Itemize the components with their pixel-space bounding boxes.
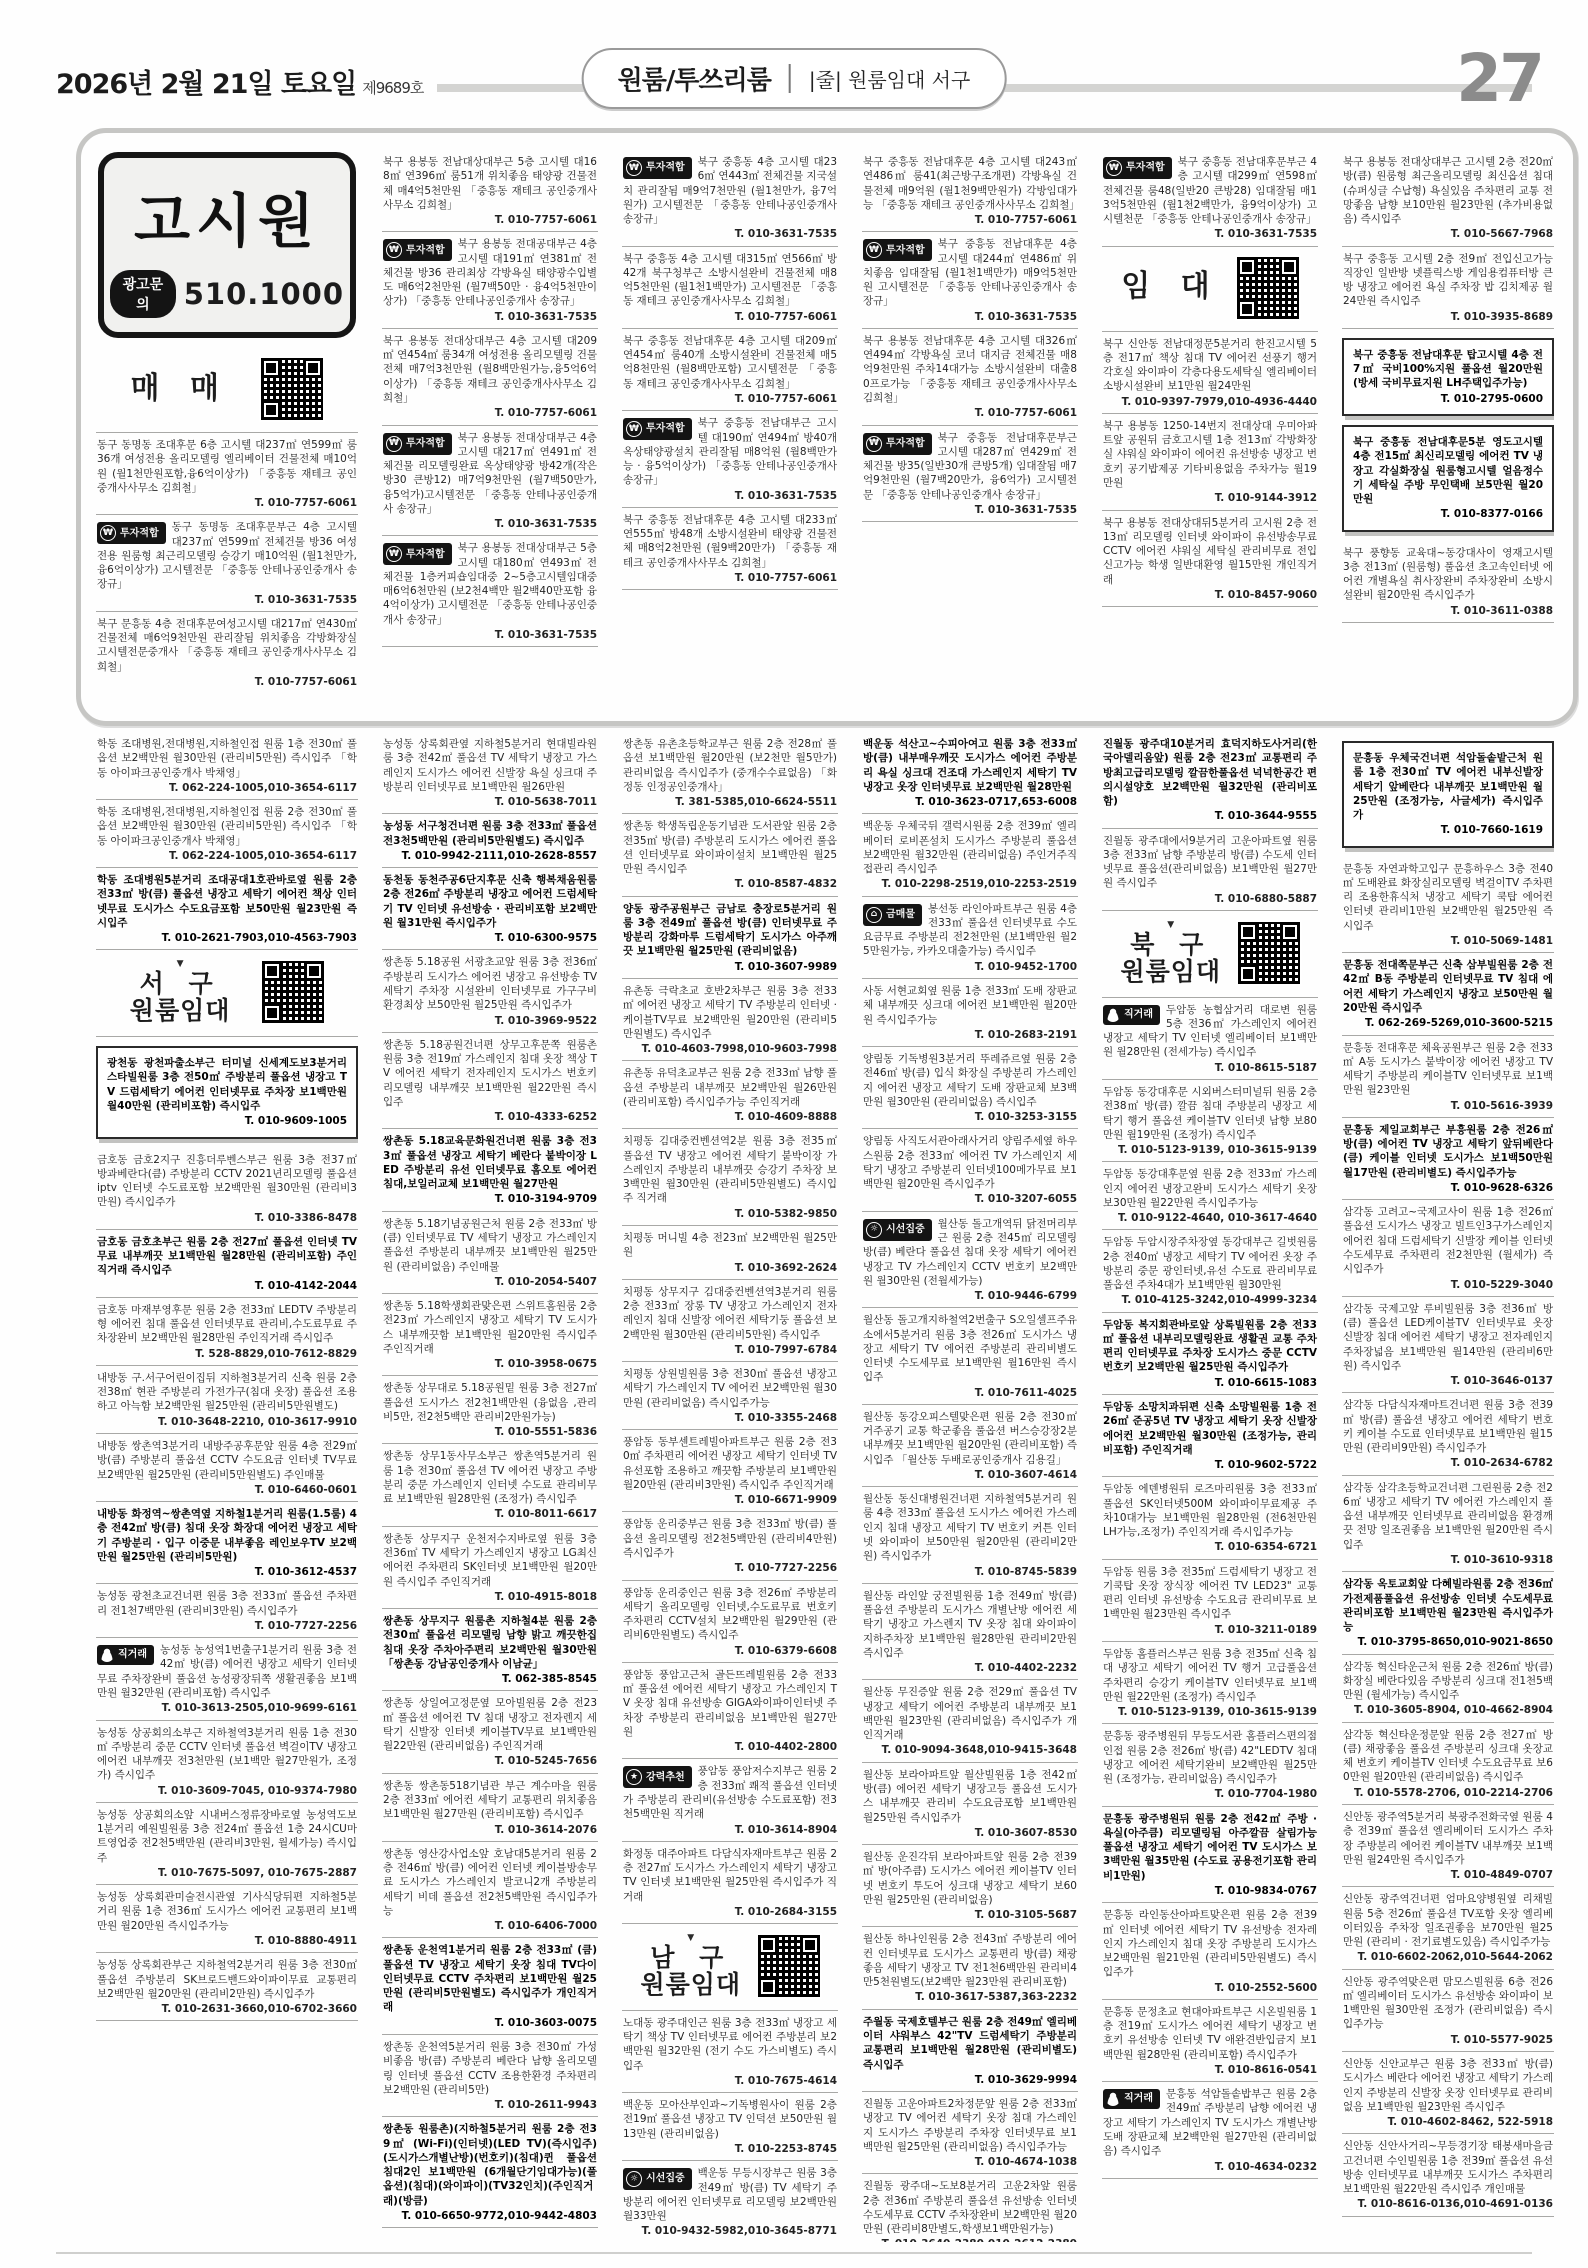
classified-ad: 문흥동 광주병원뒤 무등도서관 홈플러스편의점인접 원룸 2층 전26㎡ 방(큼… — [1102, 1724, 1318, 1806]
ad-phone: T. 010-8377-0166 — [1353, 507, 1543, 521]
ad-phone: T. 062-224-1005,010-3654-6117 — [97, 781, 357, 795]
badge-invest: ₩투자적합 — [863, 433, 932, 455]
edition-date: 2026년 2월 21일 토요일 — [56, 69, 356, 100]
ad-phone: T. 010-3935-8689 — [1343, 310, 1553, 324]
classified-ad: 풍암동 운리중인근 원룸 3층 전26㎡ 주방분리 세탁기 올리모델링 인터넷,… — [622, 1581, 838, 1663]
classified-ad: 쌍촌동 5.18공원 서광초교앞 원룸 3층 전36㎡ 주방분리 도시가스 에어… — [382, 950, 598, 1032]
ad-text: 삼각동 혁신타운근처 원룸 2층 전26㎡ 방(큼) 화장실 베란다있음 주방분… — [1343, 1661, 1553, 1702]
ad-phone: T. 010-3253-3155 — [863, 1110, 1077, 1124]
ad-text: 북구 신안동 전남대정문5분거리 한진고시텔 5층 전17㎡ 책상 침대 TV … — [1103, 338, 1317, 393]
ad-phone: T. 010-2298-2519,010-2253-2519 — [863, 877, 1077, 891]
footer-rule — [56, 2252, 1532, 2254]
ad-phone: T. 010-2631-3660,010-6702-3660 — [97, 2002, 357, 2016]
ad-text: 북구 중흥동 4층 고시텔 대315㎡ 연566㎡ 방42개 북구청부근 소방시… — [623, 253, 837, 308]
ad-text: 풍암동 운리중부근 원룸 3층 전33㎡ 방(큼) 풀옵션 올리모델링 전2천5… — [623, 1518, 837, 1559]
classified-ad: 노대동 광주대인근 원룸 3층 전33㎡ 냉장고 세탁기 책상 TV 인터넷무료… — [622, 2011, 838, 2093]
ad-text: 농성동 상공회의소부근 지하철역3분거리 원룸 1층 전30㎡ 주방분리 중문 … — [97, 1727, 357, 1782]
classified-ad: 양동 광주공원부근 금남로 충장로5분거리 원룸 3층 전49㎡ 풀옵션 방(큼… — [622, 897, 838, 979]
classified-ad: 백운동 우체국뒤 갤럭시원룸 2층 전39㎡ 엘리베이터 로비폰설치 도시가스 … — [862, 814, 1078, 896]
ad-phone: T. 010-4333-6252 — [383, 1110, 597, 1124]
classified-ad: ₩투자적합북구 용봉동 전대공대부근 4층 고시텔 대191㎡ 연381㎡ 전체… — [382, 232, 598, 329]
classified-ad: 두암동 에덴병원뒤 로즈마리원룸 3층 전33㎡ 풀옵션 SK인터넷500M 와… — [1102, 1477, 1318, 1559]
ad-phone: T. 010-6615-1083 — [1103, 1376, 1317, 1390]
classified-ad: 월산동 동신대병원건너편 지하철역5분거리 원룸 4층 전33㎡ 풀옵션 도시가… — [862, 1487, 1078, 1584]
classified-ad: 두암동 복지회관바로앞 상록빌원룸 2층 전33㎡ 풀옵션 내부리모델링완료 생… — [1102, 1313, 1318, 1395]
classified-ad: 농성동 상록회관옆 지하철5분거리 현대빌라원룸 3층 전42㎡ 풀옵션 TV … — [382, 732, 598, 814]
ad-phone: T. 010-8587-4832 — [623, 877, 837, 891]
ad-text: 농성동 상록회관부근 지하철역2분거리 원룸 3층 전30㎡ 풀옵션 주방분리 … — [97, 1959, 357, 2000]
section-header-line: 원룸임대 — [640, 1971, 741, 1998]
won-icon: ₩ — [866, 436, 882, 452]
ad-text: 백운동 석산고~수피아여고 원룸 3층 전33㎡ 방(큼) 내부매우깨끗 도시가… — [863, 738, 1077, 793]
ad-phone: T. 010-5382-9850 — [623, 1207, 837, 1221]
ad-text: 문흥동 문정초교 현대아파트부근 시온빌원룸 1층 전19㎡ 도시가스 에어컨 … — [1103, 2006, 1317, 2061]
classified-ad: 두암동 동강대후문 시외버스터미널뒤 원룸 2층 전38㎡ 방(큼) 깔끔 침대… — [1102, 1080, 1318, 1162]
classified-ad: 삼각동 고려고~국제고사이 원룸 1층 전26㎡ 풀옵션 도시가스 냉장고 빌트… — [1342, 1200, 1554, 1297]
section-header-title: ▼북 구원룸임대 — [1120, 921, 1221, 985]
classified-ad: 직거래문흥동 석암돌솥밥부근 원룸 2층 전49㎡ 주방분리 남향 에어컨 냉장… — [1102, 2082, 1318, 2179]
ad-text: 문흥동 자연과학고입구 문흥하우스 3층 전40㎡ 도배완료 화장실리모델링 벽… — [1343, 863, 1553, 932]
ad-text: 내방동 쌍촌역3분거리 내방주공후문앞 원룸 4층 전29㎡ 방(큼) 주방분리… — [97, 1440, 357, 1481]
ad-phone: T. 010-4402-2232 — [863, 1661, 1077, 1675]
ad-text: 금호동 금호초부근 원룸 2층 전27㎡ 풀옵션 인터넷 TV무료 내부깨끗 보… — [97, 1236, 357, 1277]
classified-ad: 북구 풍향동 교육대~동강대사이 영재고시텔 3층 전13㎡ (원룸형) 풀옵션… — [1342, 541, 1554, 623]
classified-ad: 문흥동 전대후문 체육공원부근 원룸 2층 전33㎡ A동 도시가스 붙박이장 … — [1342, 1036, 1554, 1118]
ad-phone: T. 010-9446-6799 — [863, 1289, 1077, 1303]
ad-phone: T. 010-7757-6061 — [623, 310, 837, 324]
ad-phone: T. 010-2684-3155 — [623, 1905, 837, 1919]
ad-phone: T. 010-3623-0717,653-6008 — [863, 795, 1077, 809]
ad-phone: T. 010-6460-0601 — [97, 1483, 357, 1497]
ad-text: 두암동 두암시장주차장옆 동강대부근 길벗원룸 2층 전40㎡ 냉장고 세탁기 … — [1103, 1236, 1317, 1291]
ad-text: 학동 조대병원5분거리 조대공대1호관바로옆 원룸 2층 전33㎡ 방(큼) 풀… — [97, 874, 357, 929]
ad-text: 월산동 운진각뒤 보라아파트앞 원룸 2층 전39㎡ 방(아주큼) 도시가스 에… — [863, 1851, 1077, 1906]
ad-phone: T. 010-8011-6617 — [383, 1507, 597, 1521]
ad-phone: T. 010-3613-2505,010-9699-6161 — [97, 1701, 357, 1715]
ad-text: 주월동 국제호텔부근 원룸 2층 전49㎡ 엘리베이터 샤워부스 42"TV 드… — [863, 2016, 1077, 2071]
classified-ad: 양림동 기독병원3분거리 뚜레쥬르옆 원룸 2층 전46㎡ 방(큼) 입식 화장… — [862, 1047, 1078, 1129]
ad-phone: T. 010-3614-2076 — [383, 1823, 597, 1837]
classified-ad: 동천동 동천주공6단지후문 신축 행복채움원룸 2층 전26㎡ 주방분리 냉장고… — [382, 868, 598, 950]
classified-ad: 쌍촌동 5.18학생회관맞은편 스위트홈원룸 2층 전23㎡ 가스레인지 냉장고… — [382, 1294, 598, 1376]
ad-phone: T. 010-3612-4537 — [97, 1565, 357, 1579]
person-icon — [1106, 1008, 1120, 1022]
classified-ad: 금호동 마재부영후문 원룸 2층 전33㎡ LEDTV 주방분리형 에어컨 침대… — [96, 1298, 358, 1366]
ad-text: 월산동 동신대병원건너편 지하철역5분거리 원룸 4층 전33㎡ 풀옵션 도시가… — [863, 1493, 1077, 1562]
ad-phone: T. 010-3644-9555 — [1103, 809, 1317, 823]
ad-phone: T. 010-7757-6061 — [97, 675, 357, 689]
ad-text: 진월동 광주대에서9분거리 고운아파트옆 원룸 3층 전33㎡ 남향 주방분리 … — [1103, 835, 1317, 890]
badge-direct: 직거래 — [97, 1645, 154, 1665]
ad-phone: T. 528-8829,010-7612-8829 — [97, 1347, 357, 1361]
classified-ad: 문흥동 전대쪽문부근 신축 삼부빌원룸 2층 전42㎡ B동 주방분리 인터넷무… — [1342, 953, 1554, 1035]
rental-column-3: 쌍촌동 유촌초등학교부근 원룸 2층 전28㎡ 풀옵션 보1백만원 월20만원 … — [622, 732, 838, 2242]
ad-text: 신안동 광주역맞은편 맘모스빌원룸 6층 전26㎡ 엘리베이터 도시가스 유선방… — [1343, 1976, 1553, 2031]
won-icon: ₩ — [386, 546, 402, 562]
ad-phone: T. 010-8616-0136,010-4691-0136 — [1343, 2197, 1553, 2211]
classified-ad: 진월동 광주대~도보8분거리 고운2차앞 원룸 2층 전36㎡ 주방분리 풀옵션… — [862, 2174, 1078, 2242]
ad-text: 두암동 동강대후문 시외버스터미널뒤 원룸 2층 전38㎡ 방(큼) 깔끔 침대… — [1103, 1086, 1317, 1141]
ad-phone: T. 010-3617-5387,363-2232 — [863, 1990, 1077, 2004]
ad-phone: T. 010-9942-2111,010-2628-8557 — [383, 849, 597, 863]
ad-phone: T. 010-3355-2468 — [623, 1411, 837, 1425]
ad-phone: T. 062-269-5269,010-3600-5215 — [1343, 1016, 1553, 1030]
ad-phone: T. 010-4142-2044 — [97, 1279, 357, 1293]
ad-phone: T. 010-9602-5722 — [1103, 1458, 1317, 1472]
classified-ad: 진월동 고운아파트2차정문앞 원룸 2층 전33㎡ 냉장고 TV 에어컨 세탁기… — [862, 2092, 1078, 2174]
ad-text: 삼각동 국제고앞 루비빌원룸 3층 전36㎡ 방(큼) 풀옵션 LED케이블TV… — [1343, 1303, 1553, 1372]
ad-text: 동구 동명동 조대후문 6층 고시텔 대237㎡ 연599㎡ 룸36개 여성전용… — [97, 439, 357, 494]
ad-phone: T. 010-2253-8745 — [623, 2142, 837, 2156]
badge-label: 강력추천 — [646, 1771, 685, 1785]
ad-phone: T. 010-3631-7535 — [1103, 227, 1317, 241]
classified-ad: ₩투자적합북구 중흥동 4층 고시텔 대236㎡ 연443㎡ 전체건물 지국설치… — [622, 150, 838, 247]
ad-phone: T. 010-2552-5600 — [1103, 1981, 1317, 1995]
ad-phone: T. 010-7675-4614 — [623, 2074, 837, 2088]
ad-text: 문흥동 광주병원뒤 원룸 2층 전42㎡ 주방 · 욕실(아주큼) 리모델링됨 … — [1103, 1813, 1317, 1882]
qr-code — [758, 1935, 820, 1997]
won-icon: ₩ — [100, 525, 116, 541]
ad-text: 북구 용봉동 전대상대부근 4층 고시텔 대209㎡ 연454㎡ 룸34개 여성… — [383, 335, 597, 404]
ad-phone: T. 010-3969-9522 — [383, 1014, 597, 1028]
classified-ad: ⌂금매물봉선동 라인아파트부근 원룸 4층 전33㎡ 풀옵션 인터넷무료 수도요… — [862, 897, 1078, 979]
classified-ad: 월산동 무진증앞 원룸 2층 전29㎡ 풀옵션 TV 냉장고 세탁기 에어컨 주… — [862, 1680, 1078, 1762]
page-number: 27 — [1456, 40, 1542, 117]
ad-text: 양림동 기독병원3분거리 뚜레쥬르옆 원룸 2층 전46㎡ 방(큼) 입식 화장… — [863, 1053, 1077, 1108]
ad-phone: T. 381-5385,010-6624-5511 — [623, 795, 837, 809]
section-pill: 원룸/투쓰리룸 |줄| 원룸임대 서구 — [582, 48, 1007, 109]
classified-ad: 진월동 광주대에서9분거리 고운아파트옆 원룸 3층 전33㎡ 남향 주방분리 … — [1102, 829, 1318, 911]
classified-ad: 직거래두암동 농협삼거리 대로변 원룸 5층 전36㎡ 가스레인지 에어컨 냉장… — [1102, 998, 1318, 1080]
ad-phone: T. 010-3631-7535 — [383, 628, 597, 642]
ad-text: 쌍촌동 상무1동사무소부근 쌍촌역5분거리 원룸 1층 전30㎡ 풀옵션 TV … — [383, 1450, 597, 1505]
ad-phone: T. 010-3211-0189 — [1103, 1623, 1317, 1637]
classified-ad: 금호동 금호2지구 진흥더루벤스부근 원룸 3층 전37㎡ 방과베란다(큼) 주… — [96, 1148, 358, 1230]
ad-phone: T. 010-3105-5687 — [863, 1908, 1077, 1922]
classified-ad: 치평동 상원빌원룸 3층 전30㎡ 풀옵션 냉장고 세탁기 가스레인지 TV 에… — [622, 1362, 838, 1430]
classified-ad: 농성동 상록회관미술전시관옆 기사식당뒤편 지하철5분거리 원룸 1층 전36㎡… — [96, 1885, 358, 1953]
classified-ad: 삼각동 혁신타운근처 원룸 2층 전26㎡ 방(큼) 화장실 베란다있음 주방분… — [1342, 1655, 1554, 1723]
section-header-title: 매 매 — [131, 373, 229, 405]
classified-ad: 쌍촌동 상일여고정문옆 모아빌원룸 2층 전23㎡ 풀옵션 에어컨 TV 침대 … — [382, 1691, 598, 1773]
section-header-seogu: ▼서 구원룸임대 — [96, 950, 358, 1037]
ad-text: 문흥동 전대쪽문부근 신축 삼부빌원룸 2층 전42㎡ B동 주방분리 인터넷무… — [1343, 959, 1553, 1014]
badge-invest: ₩투자적합 — [97, 522, 166, 544]
ad-phone: T. 010-3207-6055 — [863, 1192, 1077, 1206]
ad-text: 치평동 머니빌 4층 전23㎡ 보2백만원 월25만원 — [623, 1232, 837, 1258]
ad-phone: T. 010-4849-0707 — [1343, 1868, 1553, 1882]
classified-ad: 두암동 홈플러스부근 원룸 3층 전35㎡ 신축 침대 냉장고 세탁기 에어컨 … — [1102, 1642, 1318, 1724]
classified-ad: 쌍촌동 운천역5분거리 원룸 3층 전30㎡ 가성비좋음 방(큼) 주방분리 베… — [382, 2035, 598, 2117]
ad-text: 양동 광주공원부근 금남로 충장로5분거리 원룸 3층 전49㎡ 풀옵션 방(큼… — [623, 903, 837, 958]
classified-ad: 쌍촌동 상무대로 5.18공원밑 원룸 3층 전27㎡ 풀옵션 도시가스 전2천… — [382, 1376, 598, 1444]
star-icon: ★ — [626, 1769, 642, 1785]
badge-invest: ₩투자적합 — [863, 239, 932, 261]
section-header-line: 남 구 — [640, 1944, 741, 1971]
classified-ad: 학동 조대병원,전대병원,지하철인접 원룸 2층 전30㎡ 풀옵션 보2백만원 … — [96, 800, 358, 868]
ad-phone: T. 010-2611-9943 — [383, 2098, 597, 2112]
qr-code — [262, 961, 324, 1023]
ad-phone: T. 010-7675-5097, 010-7675-2887 — [97, 1866, 357, 1880]
badge-hot: ⌂금매물 — [863, 904, 922, 926]
ad-phone: T. 010-3958-0675 — [383, 1357, 597, 1371]
ad-text: 쌍촌동 상무대로 5.18공원밑 원룸 3층 전27㎡ 풀옵션 도시가스 전2천… — [383, 1382, 597, 1423]
ad-phone: T. 010-4125-3242,010-4999-3234 — [1103, 1293, 1317, 1307]
classified-ad: 신안동 광주역맞은편 맘모스빌원룸 6층 전26㎡ 엘리베이터 도시가스 유선방… — [1342, 1970, 1554, 2052]
ad-phone: T. 010-7727-2256 — [623, 1561, 837, 1575]
ad-phone: T. 010-3631-7535 — [97, 593, 357, 607]
ad-text: 유촌동 유덕초교부근 원룸 2층 전33㎡ 남향 풀옵션 주방분리 내부깨끗 보… — [623, 1067, 837, 1108]
ad-text: 삼각동 혁신타운정문앞 원룸 2층 전27㎡ 방(큼) 채광좋음 풀옵션 주방분… — [1343, 1729, 1553, 1784]
ad-text: 쌍촌동 운천역5분거리 원룸 3층 전30㎡ 가성비좋음 방(큼) 주방분리 베… — [383, 2041, 597, 2096]
classified-ad: 쌍촌동 5.18교육문화원건너편 원룸 3층 전33㎡ 풀옵션 냉장고 세탁기 … — [382, 1129, 598, 1211]
ad-phone: T. 010-5551-5836 — [383, 1425, 597, 1439]
ad-phone: T. 010-5578-2706, 010-2214-2706 — [1343, 1786, 1553, 1800]
ad-text: 북구 중흥동 전남대후문5분 영도고시텔 4층 전15㎡ 최신리모델링 에어컨 … — [1353, 436, 1543, 505]
ad-phone: T. 010-9452-1700 — [863, 960, 1077, 974]
ad-phone: T. 010-3603-0075 — [383, 2016, 597, 2030]
classified-ad: 내방동 쌍촌역3분거리 내방주공후문앞 원룸 4층 전29㎡ 방(큼) 주방분리… — [96, 1434, 358, 1502]
classified-ad: 농성동 상공회의소앞 시내버스정류장바로옆 농성역도보1분거리 예원빌원룸 3층… — [96, 1803, 358, 1885]
section-header-namgu: ▼남 구원룸임대 — [622, 1924, 838, 2011]
ad-text: 금호동 금호2지구 진흥더루벤스부근 원룸 3층 전37㎡ 방과베란다(큼) 주… — [97, 1154, 357, 1209]
badge-label: 투자적합 — [886, 437, 925, 451]
classified-ad: 신안동 신안교부근 원룸 3층 전33㎡ 방(큼) 도시가스 베란다 에어컨 냉… — [1342, 2052, 1554, 2134]
classified-ad: 북구 용봉동 전남대후문 4층 고시텔 대326㎡ 연494㎡ 각방욕실 코너 … — [862, 329, 1078, 426]
ad-text: 쌍촌동 상무지구 원룸촌 지하철4분 원룸 2층 전30㎡ 풀옵션 리모델링 남… — [383, 1615, 597, 1670]
classified-ad: 금호동 금호초부근 원룸 2층 전27㎡ 풀옵션 인터넷 TV무료 내부깨끗 보… — [96, 1230, 358, 1298]
ad-text: 두암동 에덴병원뒤 로즈마리원룸 3층 전33㎡ 풀옵션 SK인터넷500M 와… — [1103, 1483, 1317, 1538]
ad-text: 신안동 신안교부근 원룸 3층 전33㎡ 방(큼) 도시가스 베란다 에어컨 냉… — [1343, 2058, 1553, 2113]
ad-phone: T. 010-7660-1619 — [1353, 823, 1543, 837]
ad-text: 월산동 라인앞 궁전빌원룸 1층 전49㎡ 방(큼) 풀옵션 주방분리 도시가스… — [863, 1590, 1077, 1659]
won-icon: ₩ — [866, 242, 882, 258]
ad-text: 북구 용봉동 전대상대부근 고시텔 2층 전20㎡ 방(큼) 원룸형 최근올리모… — [1343, 156, 1553, 225]
ad-text: 삼각동 다담식자재마트건너편 원룸 3층 전39㎡ 방(큼) 풀옵션 냉장고 에… — [1343, 1399, 1553, 1454]
classified-ad: 주월동 국제호텔부근 원룸 2층 전49㎡ 엘리베이터 샤워부스 42"TV 드… — [862, 2010, 1078, 2092]
ad-phone: T. 010-5616-3939 — [1343, 1099, 1553, 1113]
ad-phone: T. 010-3629-9994 — [863, 2073, 1077, 2087]
classified-ad: 농성동 서구청건너편 원룸 3층 전33㎡ 풀옵션 전3천5백만원 (관리비5만… — [382, 814, 598, 868]
ad-text: 쌍촌동 5.18기념공원근처 원룸 2층 전33㎡ 방(큼) 인터넷무료 TV … — [383, 1218, 597, 1273]
ad-phone: T. 010-7757-6061 — [623, 392, 837, 406]
ad-text: 유촌동 극락초교 호반2차부근 원룸 3층 전33㎡ 에어컨 냉장고 세탁기 T… — [623, 985, 837, 1040]
classified-ad: 풍암동 동부센트레빌아파트부근 원룸 2층 전30㎡ 주차편리 에어컨 냉장고 … — [622, 1430, 838, 1512]
classified-ad: 농성동 상공회의소부근 지하철역3분거리 원룸 1층 전30㎡ 주방분리 중문 … — [96, 1721, 358, 1803]
ad-text: 내방동 화정역~쌍촌역옆 지하철1분거리 원룸(1.5룸) 4층 전42㎡ 방(… — [97, 1508, 357, 1563]
ad-phone: T. 010-7757-6061 — [863, 213, 1077, 227]
classified-ad: 내방동 화정역~쌍촌역옆 지하철1분거리 원룸(1.5룸) 4층 전42㎡ 방(… — [96, 1502, 358, 1584]
ad-phone: T. 010-3607-4614 — [863, 1468, 1077, 1482]
badge-invest: ₩투자적합 — [623, 157, 692, 179]
classified-ad: 신안동 광주역건너편 엄마요양병원옆 리채빌원룸 5층 전26㎡ 풀옵션 TV포… — [1342, 1887, 1554, 1969]
classified-ad: 진월동 광주대10분거리 효덕지하도사거리(한국아델리움앞) 원룸 2층 전23… — [1102, 732, 1318, 829]
ad-text: 두암동 홈플러스부근 원룸 3층 전35㎡ 신축 침대 냉장고 세탁기 에어컨 … — [1103, 1648, 1317, 1703]
rental-column-6: 문흥동 우체국건너편 석암돌솥밭근처 원룸 1층 전30㎡ TV 에어컨 내부신… — [1342, 732, 1554, 2242]
ad-phone: T. 010-5638-7011 — [383, 795, 597, 809]
rental-column-4: 백운동 석산고~수피아여고 원룸 3층 전33㎡ 방(큼) 내부매우깨끗 도시가… — [862, 732, 1078, 2242]
sale-column-3: ₩투자적합북구 중흥동 4층 고시텔 대236㎡ 연443㎡ 전체건물 지국설치… — [622, 150, 838, 690]
badge-direct: 직거래 — [1103, 1005, 1160, 1025]
ad-text: 농성동 상공회의소앞 시내버스정류장바로옆 농성역도보1분거리 예원빌원룸 3층… — [97, 1809, 357, 1864]
sale-column-2: 북구 용봉동 전남대상대부근 5층 고시텔 대168㎡ 연396㎡ 룸51개 위… — [382, 150, 598, 690]
ad-text: 문흥동 전대후문 체육공원부근 원룸 2층 전33㎡ A동 도시가스 붙박이장 … — [1343, 1042, 1553, 1097]
ad-text: 쌍촌동 상무지구 운천저수지바로옆 원룸 3층 전36㎡ TV 세탁기 가스레인… — [383, 1533, 597, 1588]
person-icon — [100, 1648, 114, 1662]
ad-phone: T. 010-3631-7535 — [863, 310, 1077, 324]
won-icon: ₩ — [386, 242, 402, 258]
classified-ad: 사동 서현교회옆 원룸 1층 전33㎡ 도배 장판교체 내부깨끗 싱크대 에어컨… — [862, 979, 1078, 1047]
classified-ad: 월산동 보라아파트앞 월산빌원룸 1층 전42㎡ 방(큼) 에어컨 세탁기 냉장… — [862, 1763, 1078, 1845]
masthead: 2026년 2월 21일 토요일제9689호 원룸/투쓰리룸 |줄| 원룸임대 … — [0, 0, 1588, 118]
ad-text: 화정동 대주아파트 다담식자재마트부근 원룸 2층 전27㎡ 도시가스 가스레인… — [623, 1848, 837, 1903]
ad-text: 쌍촌동 5.18학생회관맞은편 스위트홈원룸 2층 전23㎡ 가스레인지 냉장고… — [383, 1300, 597, 1355]
classified-ad: 백운동 모아산부인과~기독병원사이 원룸 2층 전19㎡ 풀옵션 냉장고 TV … — [622, 2093, 838, 2161]
ad-phone: T. 010-5123-9139, 010-3615-9139 — [1103, 1705, 1317, 1719]
won-icon: ₩ — [626, 421, 642, 437]
person-icon — [1106, 2092, 1120, 2106]
classified-ad: ₩투자적합동구 동명동 조대후문부근 4층 고시텔 대237㎡ 연599㎡ 전체… — [96, 515, 358, 612]
gosiwon-contact-row: 광고문의510.1000 — [110, 270, 344, 318]
ad-text: 학동 조대병원,전대병원,지하철인접 원룸 1층 전30㎡ 풀옵션 보2백만원 … — [97, 738, 357, 779]
badge-invest: ₩투자적합 — [383, 433, 452, 455]
ad-phone: T. 010-6650-9772,010-9442-4803 — [383, 2209, 597, 2223]
classified-ad: 농성동 상록회관부근 지하철역2분거리 원룸 3층 전30㎡ 풀옵션 주방분리 … — [96, 1953, 358, 2021]
classified-ad: 광천동 광천파출소부근 터미널 신세계도보3분거리 스타빌원룸 3층 전50㎡ … — [96, 1046, 358, 1138]
ad-text: 진월동 고운아파트2차정문앞 원룸 2층 전33㎡ 냉장고 TV 에어컨 세탁기… — [863, 2098, 1077, 2153]
classified-ad: ₩투자적합북구 중흥동 전남대후문부근 4층 고시텔 대299㎡ 연598㎡ 전… — [1102, 150, 1318, 247]
qr-code — [261, 358, 323, 420]
classified-ad: 삼각동 옥토교회앞 다혜빌라원룸 2층 전36㎡ 가전제품풀옵션 유선방송 인터… — [1342, 1572, 1554, 1654]
section-header-title: ▼서 구원룸임대 — [130, 960, 231, 1024]
ad-text: 쌍촌동 5.18공원건너편 상무고후문쪽 원룸촌 원룸 3층 전19㎡ 가스레인… — [383, 1039, 597, 1108]
badge-label: 투자적합 — [406, 437, 445, 451]
ad-text: 북구 용봉동 전남대후문 4층 고시텔 대326㎡ 연494㎡ 각방욕실 코너 … — [863, 335, 1077, 404]
classified-ad: 문흥동 자연과학고입구 문흥하우스 3층 전40㎡ 도배완료 화장실리모델링 벽… — [1342, 857, 1554, 954]
classified-ad: 치평동 김대중컨벤션역2분 원룸 3층 전35㎡ 풀옵션 TV 냉장고 에어컨 … — [622, 1129, 838, 1226]
date-line: 2026년 2월 21일 토요일제9689호 — [56, 62, 437, 101]
ad-phone: T. 010-9432-5982,010-3645-8771 — [623, 2224, 837, 2238]
badge-label: 직거래 — [1124, 2092, 1153, 2106]
badge-invest: ₩투자적합 — [623, 418, 692, 440]
qr-code — [1237, 257, 1299, 319]
ad-text: 치평동 상원빌원룸 3층 전30㎡ 풀옵션 냉장고 세탁기 가스레인지 TV 에… — [623, 1368, 837, 1409]
sale-column-6: 북구 용봉동 전대상대부근 고시텔 2층 전20㎡ 방(큼) 원룸형 최근올리모… — [1342, 150, 1554, 690]
section-header-line: 원룸임대 — [130, 997, 231, 1024]
ad-phone: T. 010-3607-9989 — [623, 960, 837, 974]
ad-phone: T. 010-7757-6061 — [383, 213, 597, 227]
ad-text: 삼각동 삼각초등학교건너편 그린원룸 2층 전26㎡ 냉장고 세탁기 TV 에어… — [1343, 1482, 1553, 1551]
ad-text: 월산동 돌고개지하철역2번출구 S오일셀프주유소에서5분거리 원룸 3층 전26… — [863, 1314, 1077, 1383]
ad-text: 쌍촌동 상일여고정문옆 모아빌원룸 2층 전23㎡ 풀옵션 에어컨 TV 침대 … — [383, 1697, 597, 1752]
classified-ad: 신안동 신안사거리~무등경기장 태봉새마을금고건너편 수인빌원룸 1층 전39㎡… — [1342, 2134, 1554, 2216]
ad-text: 북구 용봉동 전남대상대부근 5층 고시텔 대168㎡ 연396㎡ 룸51개 위… — [383, 156, 597, 211]
classified-ad: ★강력추천풍암동 풍암저수지부근 원룸 2층 전33㎡ 쾌적 풀옵션 인터넷가 … — [622, 1759, 838, 1841]
ad-text: 광천동 광천파출소부근 터미널 신세계도보3분거리 스타빌원룸 3층 전50㎡ … — [107, 1057, 347, 1112]
ad-text: 월산동 동강오피스텔맞은편 원룸 2층 전30㎡ 거주공기 교통 학군좋음 풀옵… — [863, 1411, 1077, 1466]
classified-ad: ₩투자적합북구 용봉동 전대상대부근 4층 고시텔 대217㎡ 연491㎡ 전체… — [382, 426, 598, 537]
ad-text: 쌍촌동 5.18교육문화원건너편 원룸 3층 전33㎡ 풀옵션 냉장고 세탁기 … — [383, 1135, 597, 1190]
ad-phone: T. 010-9834-0767 — [1103, 1884, 1317, 1898]
ad-text: 내방동 구.서구어린이집뒤 지하철3분거리 신축 원룸 2층 전38㎡ 현관 주… — [97, 1372, 357, 1413]
classified-ad: 양림동 사직도서관아래사거리 양림주세옆 하우스원룸 2층 전33㎡ 에어컨 T… — [862, 1129, 1078, 1211]
ad-phone: T. 010-3646-0137 — [1343, 1374, 1553, 1388]
classified-ad: 쌍촌동 상무1동사무소부근 쌍촌역5분거리 원룸 1층 전30㎡ 풀옵션 TV … — [382, 1444, 598, 1526]
ad-phone: T. 062-224-1005,010-3654-6117 — [97, 849, 357, 863]
ad-text: 북구 용봉동 1250-14번지 전대상대 우미아파트앞 공원뒤 금호고시텔 1… — [1103, 420, 1317, 489]
ad-phone: T. 010-4603-7998,010-9603-7998 — [623, 1042, 837, 1056]
ad-phone: T. 010-3609-7045, 010-9374-7980 — [97, 1784, 357, 1798]
ad-phone: T. 010-7757-6061 — [97, 496, 357, 510]
ad-text: 쌍촌동 5.18공원 서광초교앞 원룸 3층 전36㎡ 주방분리 도시가스 에어… — [383, 956, 597, 1011]
won-icon: ₩ — [626, 160, 642, 176]
badge-label: 투자적합 — [1126, 161, 1165, 175]
classified-ad: 북구 신안동 전남대정문5분거리 한진고시텔 5층 전17㎡ 책상 침대 TV … — [1102, 332, 1318, 414]
badge-invest: ₩투자적합 — [383, 543, 452, 565]
badge-label: 시선집중 — [886, 1223, 925, 1237]
ad-text: 풍암동 운리중인근 원룸 3층 전26㎡ 주방분리 세탁기 올리모델링 인터넷,… — [623, 1587, 837, 1642]
ad-text: 치평동 상무지구 김대중컨벤션역3분거리 원룸 2층 전33㎡ 장롱 TV 냉장… — [623, 1286, 837, 1341]
classified-ad: 북구 용봉동 전대상대부근 4층 고시텔 대209㎡ 연454㎡ 룸34개 여성… — [382, 329, 598, 426]
badge-label: 시선집중 — [646, 2172, 685, 2186]
classified-ad: 삼각동 삼각초등학교건너편 그린원룸 2층 전26㎡ 냉장고 세탁기 TV 에어… — [1342, 1476, 1554, 1573]
ad-phone: T. 010-8745-5839 — [863, 1565, 1077, 1579]
classified-ad: 쌍촌동 상무지구 운천저수지바로옆 원룸 3층 전36㎡ TV 세탁기 가스레인… — [382, 1527, 598, 1609]
ad-text: 삼각동 고려고~국제고사이 원룸 1층 전26㎡ 풀옵션 도시가스 냉장고 빌트… — [1343, 1206, 1553, 1275]
classified-ad: ₩투자적합북구 중흥동 전남대후문 4층 고시텔 대244㎡ 연486㎡ 위치좋… — [862, 232, 1078, 329]
section-header-title: ▼남 구원룸임대 — [640, 1934, 741, 1998]
ad-phone: T. 010-9144-3912 — [1103, 491, 1317, 505]
ad-phone: T. 010-9628-6326 — [1343, 1181, 1553, 1195]
ad-text: 북구 중흥동 전남대후문 4층 고시텔 대233㎡ 연555㎡ 방48개 소방시… — [623, 514, 837, 569]
newspaper-page: 2026년 2월 21일 토요일제9689호 원룸/투쓰리룸 |줄| 원룸임대 … — [0, 0, 1588, 2268]
ad-text: 쌍촌동 학생독립운동기념관 도서관앞 원룸 2층 전35㎡ 방(큼) 주방분리 … — [623, 820, 837, 875]
ad-phone: T. 010-2054-5407 — [383, 1275, 597, 1289]
badge-focus: ☼시선집중 — [863, 1219, 932, 1241]
ad-text: 두암동 원룸 3층 전35㎡ 드럼세탁기 냉장고 전기쿡탑 옷장 장식장 에어컨… — [1103, 1566, 1317, 1621]
ad-text: 풍암동 동부센트레빌아파트부근 원룸 2층 전30㎡ 주차편리 에어컨 냉장고 … — [623, 1436, 837, 1491]
classified-ad: 삼각동 다담식자재마트건너편 원룸 3층 전39㎡ 방(큼) 풀옵션 냉장고 에… — [1342, 1393, 1554, 1475]
classified-ad: 풍암동 운리중부근 원룸 3층 전33㎡ 방(큼) 풀옵션 올리모델링 전2천5… — [622, 1512, 838, 1580]
ad-phone: T. 010-2621-7903,010-4563-7903 — [97, 931, 357, 945]
ad-text: 쌍촌동 쌍촌동518기념관 부근 계수마을 원룸 2층 전33㎡ 에어컨 세탁기… — [383, 1780, 597, 1821]
ad-phone: T. 010-3692-2624 — [623, 1261, 837, 1275]
classified-ad: 월산동 라인앞 궁전빌원룸 1층 전49㎡ 방(큼) 풀옵션 주방분리 도시가스… — [862, 1584, 1078, 1681]
classified-ad: 두암동 동강대후문옆 원룸 2층 전33㎡ 가스레인지 에어컨 냉장고완비 도시… — [1102, 1162, 1318, 1230]
sale-column-1: 고시원광고문의510.1000매 매동구 동명동 조대후문 6층 고시텔 대23… — [96, 150, 358, 690]
ad-phone: T. 010-7611-4025 — [863, 1386, 1077, 1400]
ad-text: 문흥동 라인동산아파트맞은편 원룸 2층 전39㎡ 인터넷 에어컨 세탁기 TV… — [1103, 1909, 1317, 1978]
classified-ad: 학동 조대병원,전대병원,지하철인접 원룸 1층 전30㎡ 풀옵션 보2백만원 … — [96, 732, 358, 800]
classified-ad: 치평동 상무지구 김대중컨벤션역3분거리 원룸 2층 전33㎡ 장롱 TV 냉장… — [622, 1280, 838, 1362]
ad-phone: T. 010-3640-2380,010-2612-2380 — [863, 2237, 1077, 2242]
ad-phone: T. 010-6354-6721 — [1103, 1540, 1317, 1554]
ad-phone: T. 010-7757-6061 — [863, 406, 1077, 420]
ad-phone: T. 010-8880-4911 — [97, 1934, 357, 1948]
classified-ad: 백운동 석산고~수피아여고 원룸 3층 전33㎡ 방(큼) 내부매우깨끗 도시가… — [862, 732, 1078, 814]
badge-label: 직거래 — [1124, 1008, 1153, 1022]
ad-phone: T. 010-4915-8018 — [383, 1590, 597, 1604]
ad-text: 농성동 서구청건너편 원룸 3층 전33㎡ 풀옵션 전3천5백만원 (관리비5만… — [383, 820, 597, 846]
section-header-maemae: 매 매 — [96, 348, 358, 433]
classified-ad: 북구 용봉동 전대상대부근 고시텔 2층 전20㎡ 방(큼) 원룸형 최근올리모… — [1342, 150, 1554, 247]
ad-phone: T. 010-3631-7535 — [383, 517, 597, 531]
classified-ad: 두암동 두암시장주차장옆 동강대부근 길벗원룸 2층 전40㎡ 냉장고 세탁기 … — [1102, 1230, 1318, 1312]
ad-text: 사동 서현교회옆 원룸 1층 전33㎡ 도배 장판교체 내부깨끗 싱크대 에어컨… — [863, 985, 1077, 1026]
ad-text: 진월동 광주대~도보8분거리 고운2차앞 원룸 2층 전36㎡ 주방분리 풀옵션… — [863, 2180, 1077, 2235]
ad-phone: T. 010-8457-9060 — [1103, 588, 1317, 602]
badge-label: 투자적합 — [120, 527, 159, 541]
